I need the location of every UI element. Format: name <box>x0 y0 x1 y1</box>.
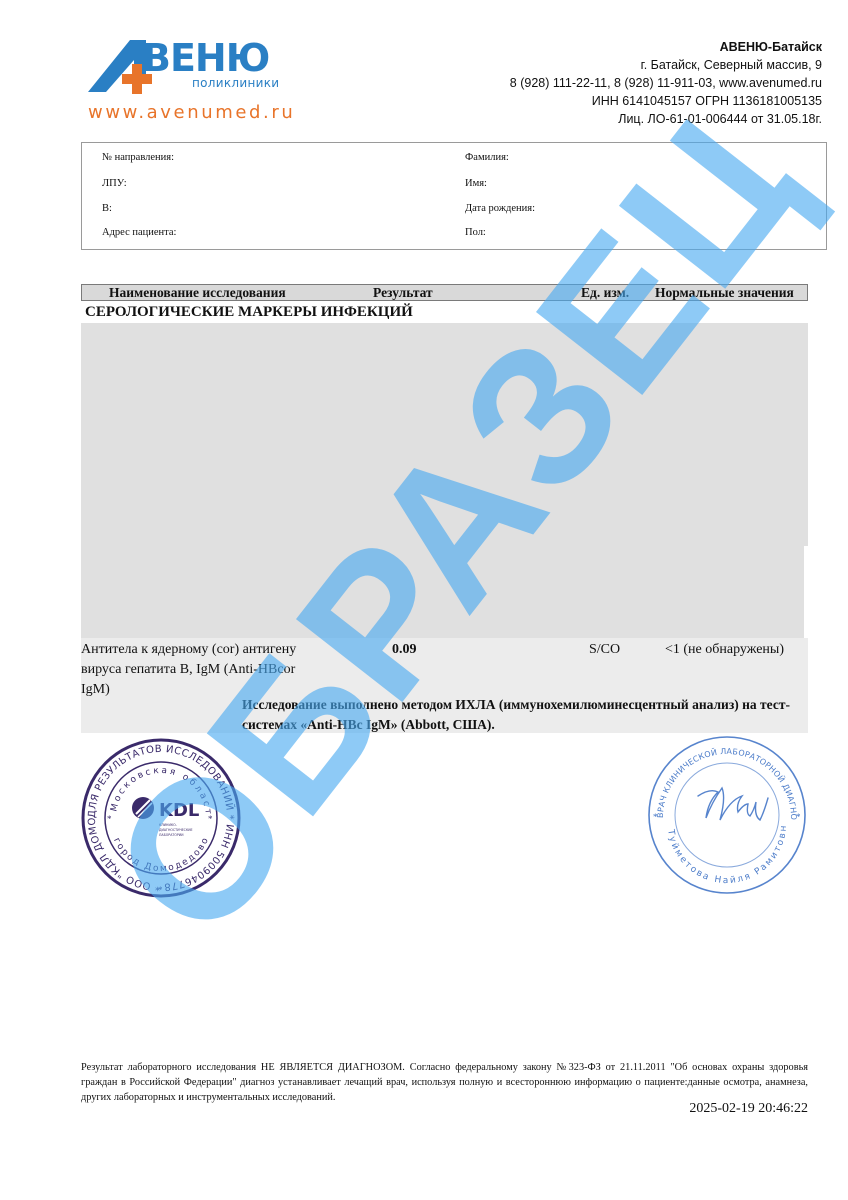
svg-text:*: * <box>208 814 213 824</box>
redacted-area <box>81 323 808 638</box>
doctor-signature-stamp-icon: ВРАЧ КЛИНИЧЕСКОЙ ЛАБОРАТОРНОЙ ДИАГНОСТИК… <box>646 734 808 896</box>
doctor-stamp-title: ВРАЧ КЛИНИЧЕСКОЙ ЛАБОРАТОРНОЙ ДИАГНОСТИК… <box>646 734 798 820</box>
first-name-label: Имя: <box>465 178 487 189</box>
header-test-name: Наименование исследования <box>109 285 286 300</box>
dob-label: Дата рождения: <box>465 203 535 214</box>
svg-text:КЛИНИКО-: КЛИНИКО- <box>159 823 177 827</box>
header-unit: Ед. изм. <box>581 285 629 300</box>
clinic-address: г. Батайск, Северный массив, 9 <box>510 56 822 74</box>
svg-text:Туйметова Найля Рамитовна: Туйметова Найля Рамитовна <box>646 734 789 886</box>
lpu-label: ЛПУ: <box>102 178 127 189</box>
test-result: 0.09 <box>392 640 417 660</box>
section-title: СЕРОЛОГИЧЕСКИЕ МАРКЕРЫ ИНФЕКЦИЙ <box>85 304 413 321</box>
logo-brand: ВЕНЮ <box>142 38 269 78</box>
header-result: Результат <box>373 285 433 300</box>
svg-text:ДИАГНОСТИЧЕСКИЕ: ДИАГНОСТИЧЕСКИЕ <box>159 828 193 832</box>
doctor-stamp: ВРАЧ КЛИНИЧЕСКОЙ ЛАБОРАТОРНОЙ ДИАГНОСТИК… <box>646 734 808 896</box>
svg-text:*: * <box>653 812 658 822</box>
disclaimer-text: Результат лабораторного исследования НЕ … <box>81 1060 808 1105</box>
clinic-name: АВЕНЮ-Батайск <box>510 38 822 56</box>
clinic-license: Лиц. ЛО-61-01-006444 от 31.05.18г. <box>510 110 822 128</box>
print-timestamp: 2025-02-19 20:46:22 <box>689 1101 808 1117</box>
logo-url: www.avenumed.ru <box>88 102 295 123</box>
v-label: В: <box>102 203 112 214</box>
table-row: Антитела к ядерному (cor) антигену вирус… <box>81 638 808 733</box>
stamp-inner-bottom: город Домодедово <box>111 835 212 874</box>
doctor-stamp-name: Туйметова Найля Рамитовна <box>646 734 789 886</box>
clinic-logo: ВЕНЮ поликлиники www.avenumed.ru <box>86 38 306 130</box>
test-normal-values: <1 (не обнаружены) <box>665 640 784 660</box>
logo-subtitle: поликлиники <box>192 76 279 90</box>
svg-text:город Домодедово: город Домодедово <box>111 835 212 874</box>
clinic-ids: ИНН 6141045157 ОГРН 1136181005135 <box>510 92 822 110</box>
surname-label: Фамилия: <box>465 152 509 163</box>
test-unit: S/CO <box>589 640 620 660</box>
patient-info-box: № направления: ЛПУ: В: Адрес пациента: Ф… <box>81 142 827 250</box>
svg-text:ЛАБОРАТОРИИ: ЛАБОРАТОРИИ <box>159 833 184 837</box>
lab-stamp: ДЛЯ РЕЗУЛЬТАТОВ ИССЛЕДОВАНИЙ * ИНН 50090… <box>80 738 242 898</box>
clinic-contacts: 8 (928) 111-22-11, 8 (928) 11-911-03, ww… <box>510 74 822 92</box>
test-name: Антитела к ядерному (cor) антигену вирус… <box>81 640 321 700</box>
test-method-note: Исследование выполнено методом ИХЛА (имм… <box>242 695 802 735</box>
svg-text:*: * <box>796 812 801 822</box>
svg-text:ВРАЧ КЛИНИЧЕСКОЙ ЛАБОРАТОРНОЙ: ВРАЧ КЛИНИЧЕСКОЙ ЛАБОРАТОРНОЙ ДИАГНОСТИК… <box>646 734 798 820</box>
svg-text:*: * <box>158 885 163 895</box>
kdl-stamp-icon: ДЛЯ РЕЗУЛЬТАТОВ ИССЛЕДОВАНИЙ * ИНН 50090… <box>80 738 242 898</box>
stamp-kdl-logo: KDL <box>159 800 199 821</box>
referral-label: № направления: <box>102 152 174 163</box>
clinic-info: АВЕНЮ-Батайск г. Батайск, Северный масси… <box>510 38 822 128</box>
results-table-header: Наименование исследования Результат Ед. … <box>81 284 808 301</box>
header-normal-values: Нормальные значения <box>655 285 794 300</box>
sex-label: Пол: <box>465 227 486 238</box>
signature-icon <box>698 788 768 820</box>
svg-text:*: * <box>107 814 112 824</box>
patient-address-label: Адрес пациента: <box>102 227 176 238</box>
